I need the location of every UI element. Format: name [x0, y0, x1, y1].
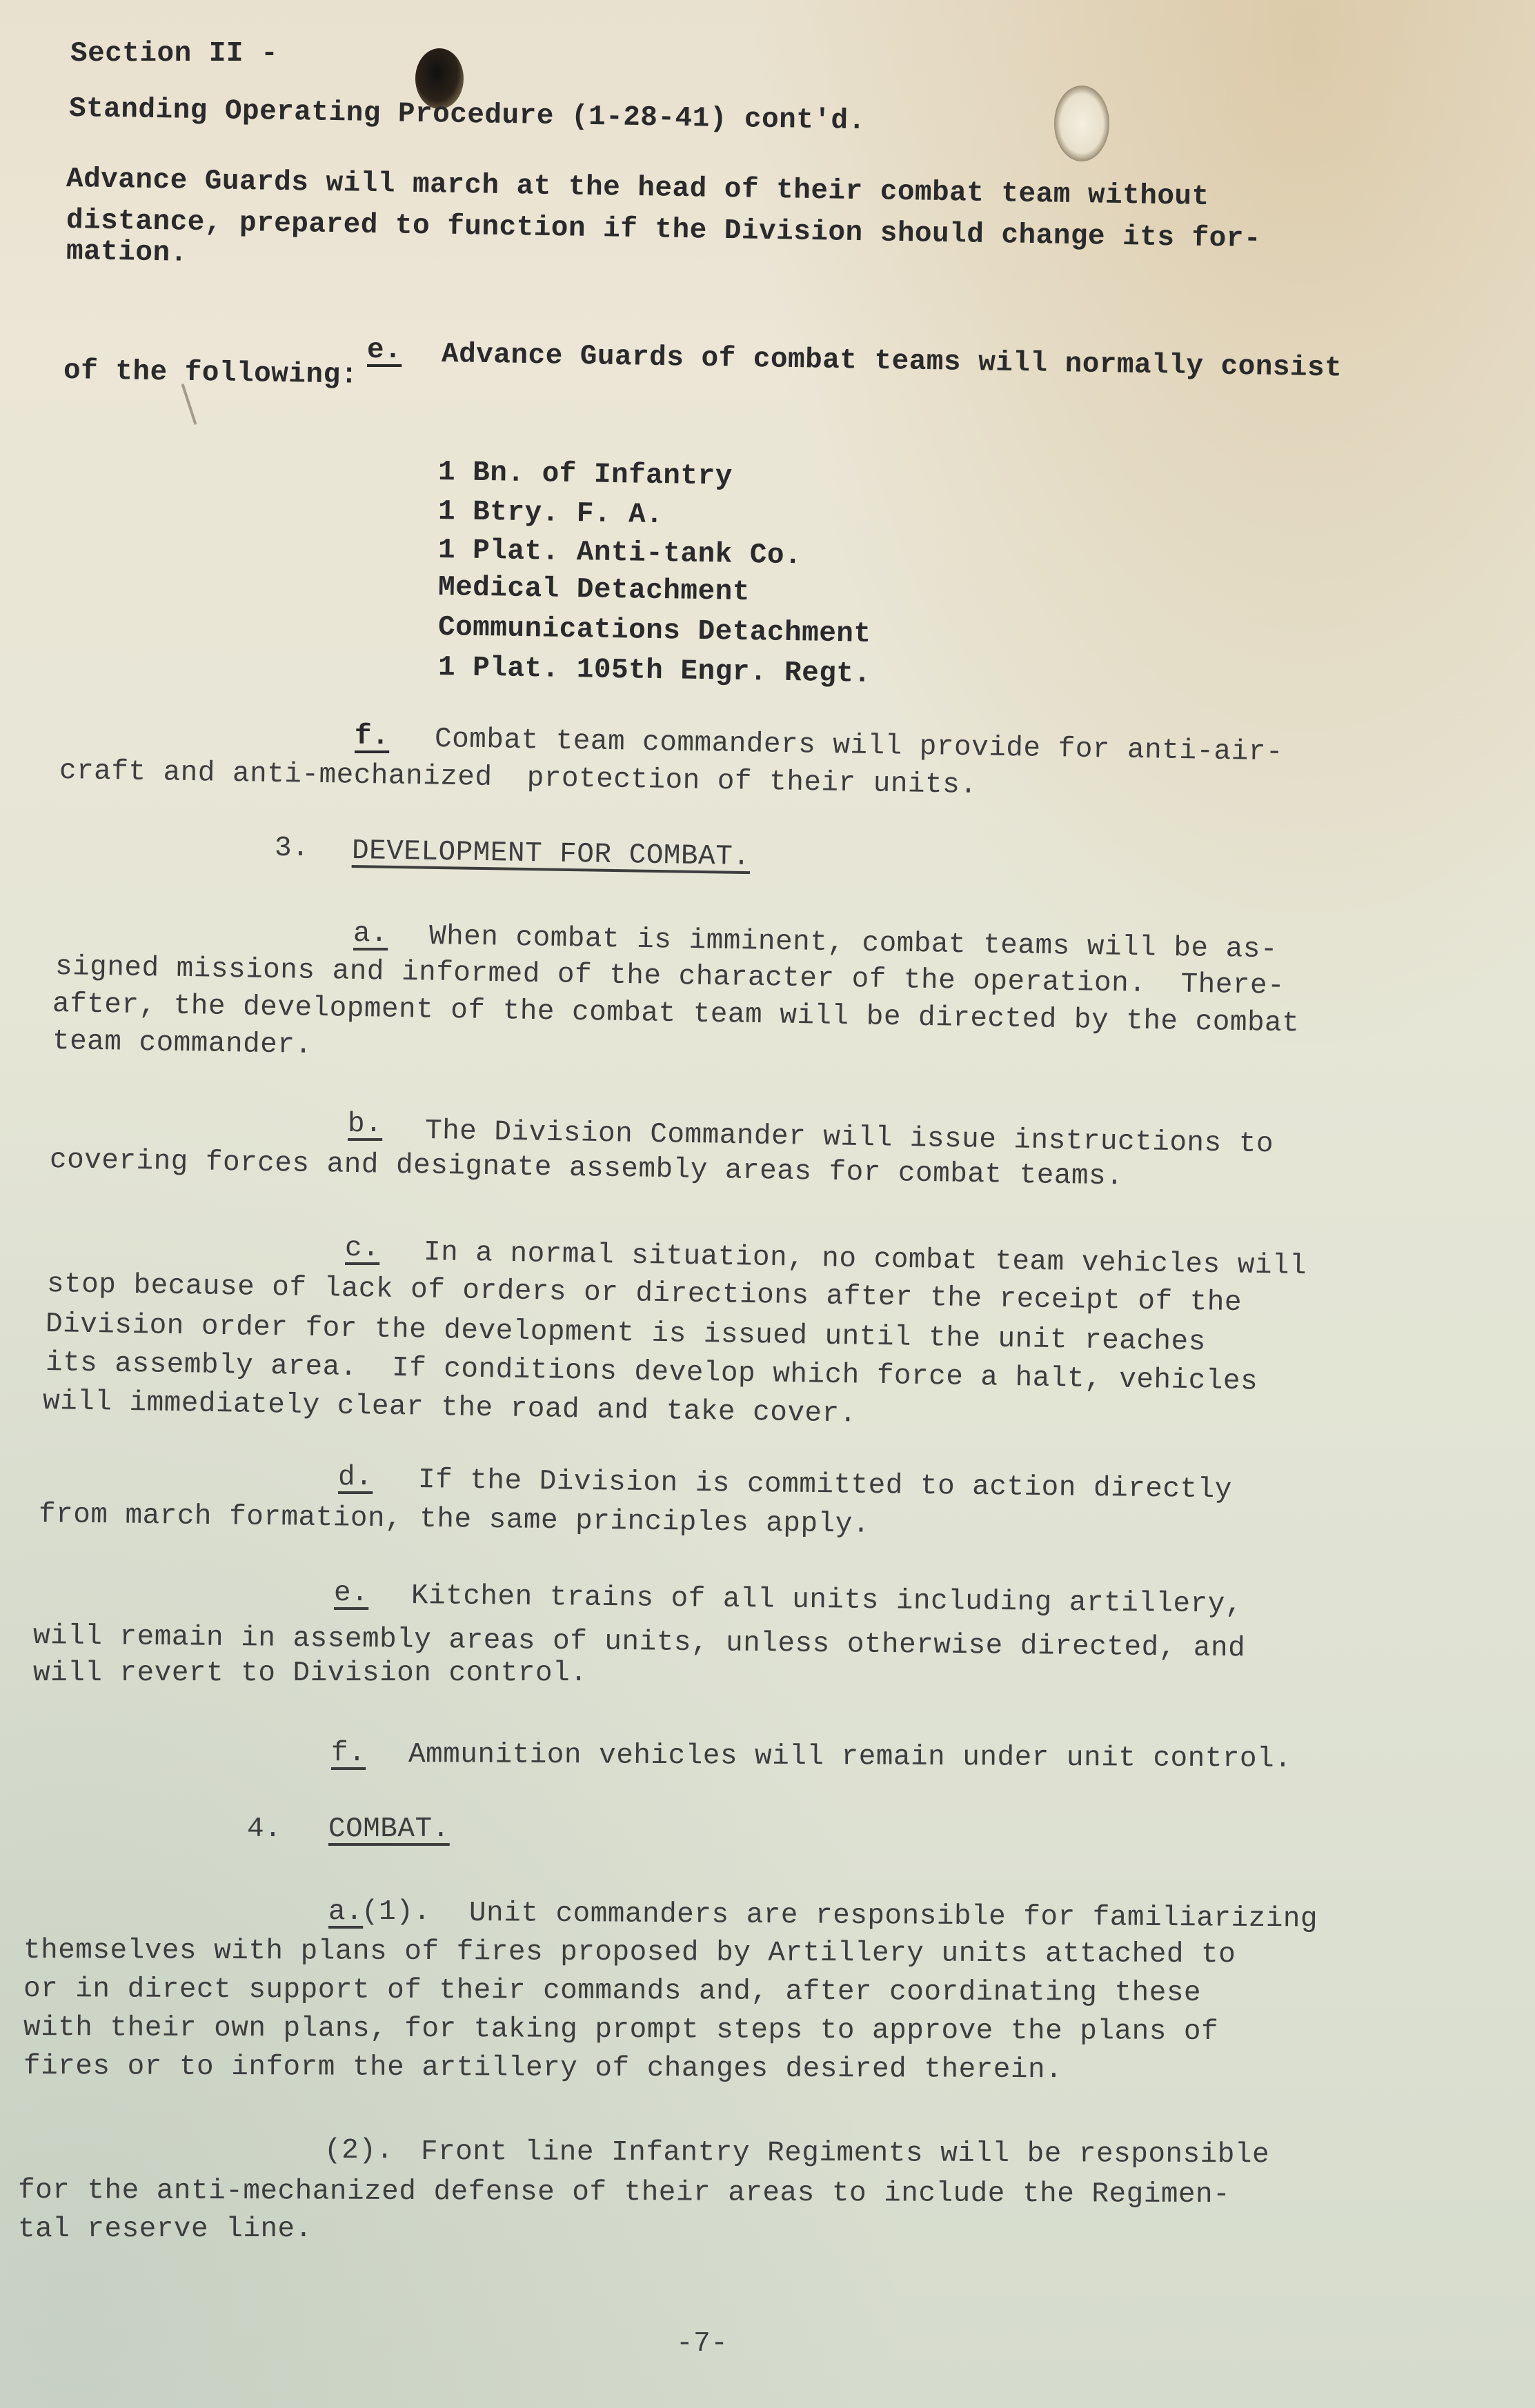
- document-title: Standing Operating Procedure (1-28-41) c…: [69, 95, 866, 136]
- paragraph-label: b.: [348, 1111, 382, 1139]
- section-number: 3.: [275, 835, 309, 863]
- paragraph-line: from march formation, the same principle…: [39, 1501, 870, 1540]
- paragraph-label: f.: [331, 1740, 366, 1768]
- section-number: 4.: [247, 1815, 281, 1844]
- section-label: Section II -: [70, 40, 278, 68]
- paragraph-label: a.: [328, 1898, 363, 1927]
- section-heading: COMBAT.: [328, 1815, 450, 1844]
- paragraph-line: will immediately clear the road and take…: [43, 1388, 857, 1429]
- paragraph-line: will revert to Division control.: [33, 1660, 587, 1688]
- paragraph-line: of the following:: [63, 357, 358, 390]
- paragraph-label: d.: [338, 1464, 373, 1492]
- paragraph-line: Combat team commanders will provide for …: [435, 726, 1284, 767]
- punch-hole-right: [1054, 86, 1109, 161]
- paragraph-sublabel: (1).: [362, 1898, 430, 1927]
- paragraph-label: (2).: [324, 2137, 393, 2165]
- paragraph-line: tal reserve line.: [18, 2216, 313, 2244]
- paragraph-label: f.: [355, 723, 389, 751]
- list-item: Medical Detachment: [438, 574, 750, 607]
- intro-line: Advance Guards will march at the head of…: [66, 166, 1209, 212]
- paragraph-line: for the anti-mechanized defense of their…: [18, 2177, 1230, 2209]
- paragraph-line: In a normal situation, no combat team ve…: [424, 1239, 1307, 1281]
- paragraph-line: When combat is imminent, combat teams wi…: [429, 923, 1278, 964]
- list-item: Communications Detachment: [438, 614, 871, 649]
- paragraph-label: a.: [353, 920, 388, 948]
- list-item: 1 Plat. Anti-tank Co.: [438, 537, 802, 570]
- intro-line: mation.: [66, 238, 188, 268]
- paragraph-line: Ammunition vehicles will remain under un…: [408, 1741, 1292, 1774]
- paragraph-label: e.: [334, 1580, 368, 1608]
- paragraph-line: with their own plans, for taking prompt …: [23, 2014, 1218, 2047]
- paragraph-label: c.: [345, 1235, 379, 1263]
- paragraph-line: Front line Infantry Regiments will be re…: [421, 2138, 1269, 2169]
- paragraph-line: fires or to inform the artillery of chan…: [23, 2053, 1062, 2084]
- paragraph-line: themselves with plans of fires proposed …: [23, 1937, 1236, 1969]
- paper-crease: [181, 384, 197, 425]
- section-heading: DEVELOPMENT FOR COMBAT.: [352, 837, 751, 872]
- paragraph-line: If the Division is committed to action d…: [418, 1466, 1232, 1504]
- paragraph-line: team commander.: [52, 1028, 313, 1060]
- paragraph-line: craft and anti-mechanized protection of …: [59, 757, 978, 800]
- paragraph-line: Unit commanders are responsible for fami…: [469, 1900, 1318, 1934]
- page-number: -7-: [676, 2330, 728, 2358]
- list-item: 1 Plat. 105th Engr. Regt.: [438, 654, 871, 689]
- list-item: 1 Btry. F. A.: [438, 498, 664, 530]
- paragraph-line: or in direct support of their commands a…: [23, 1976, 1201, 2008]
- intro-line: distance, prepared to function if the Di…: [66, 207, 1262, 254]
- paragraph-label: e.: [367, 337, 402, 365]
- list-item: 1 Bn. of Infantry: [438, 459, 733, 492]
- paragraph-line: Kitchen trains of all units including ar…: [411, 1582, 1242, 1620]
- paragraph-line: Advance Guards of combat teams will norm…: [442, 341, 1343, 383]
